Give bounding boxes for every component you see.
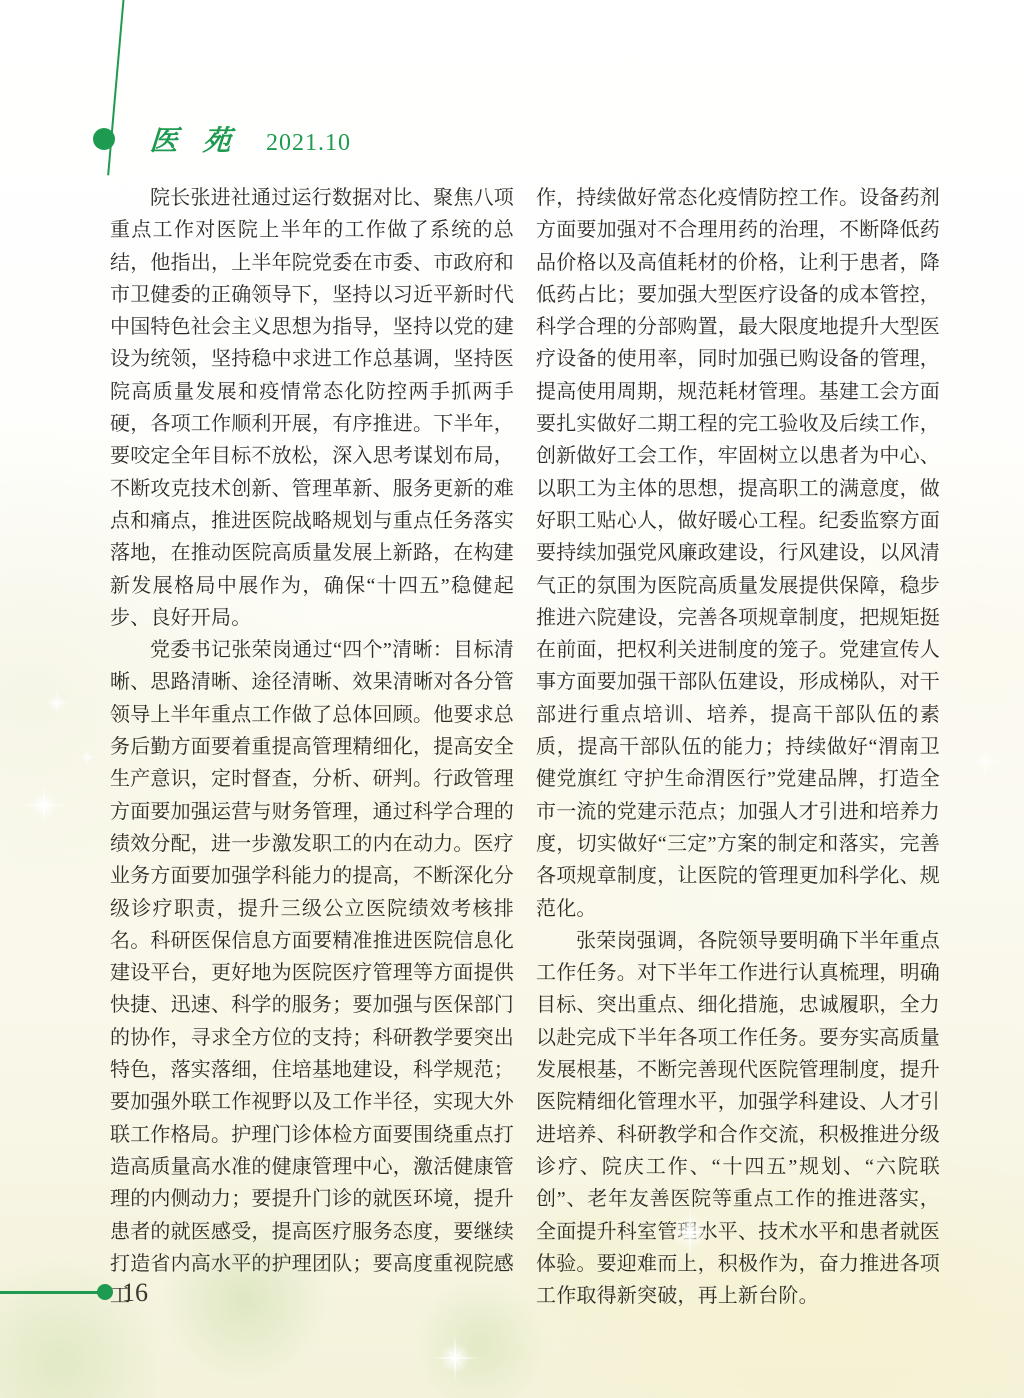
- page-header: 医 苑 2021.10: [150, 119, 351, 159]
- magazine-page: 医 苑 2021.10 院长张进社通过运行数据对比、聚焦八项重点工作对医院上半年…: [0, 0, 1024, 1398]
- footer-horizontal-rule: [0, 1291, 100, 1294]
- right-column: 作，持续做好常态化疫情防控工作。设备药剂方面要加强对不合理用药的治理，不断降低药…: [536, 182, 940, 1312]
- sparkle-icon: [78, 748, 96, 766]
- sparkle-icon: [970, 747, 1000, 777]
- paragraph-review-start: 党委书记张荣岗通过“四个”清晰：目标清晰、思路清晰、途径清晰、效果清晰对各分管领…: [110, 634, 514, 1312]
- left-column: 院长张进社通过运行数据对比、聚焦八项重点工作对医院上半年的工作做了系统的总结，他…: [110, 182, 514, 1312]
- sparkle-icon: [44, 690, 70, 716]
- page-number: 16: [122, 1278, 148, 1308]
- article-body: 院长张进社通过运行数据对比、聚焦八项重点工作对医院上半年的工作做了系统的总结，他…: [110, 182, 940, 1312]
- paragraph-summary: 院长张进社通过运行数据对比、聚焦八项重点工作对医院上半年的工作做了系统的总结，他…: [110, 182, 514, 634]
- header-vertical-rule: [107, 0, 125, 175]
- magazine-title: 医 苑: [149, 119, 242, 159]
- header-bullet-dot-icon: [93, 128, 115, 150]
- sparkle-icon: [22, 783, 66, 827]
- paragraph-review-continued: 作，持续做好常态化疫情防控工作。设备药剂方面要加强对不合理用药的治理，不断降低药…: [536, 182, 940, 925]
- issue-date: 2021.10: [266, 130, 351, 157]
- sparkle-icon: [431, 1334, 479, 1382]
- footer-bullet-dot-icon: [97, 1284, 113, 1300]
- paragraph-emphasis: 张荣岗强调，各院领导要明确下半年重点工作任务。对下半年工作进行认真梳理，明确目标…: [536, 925, 940, 1313]
